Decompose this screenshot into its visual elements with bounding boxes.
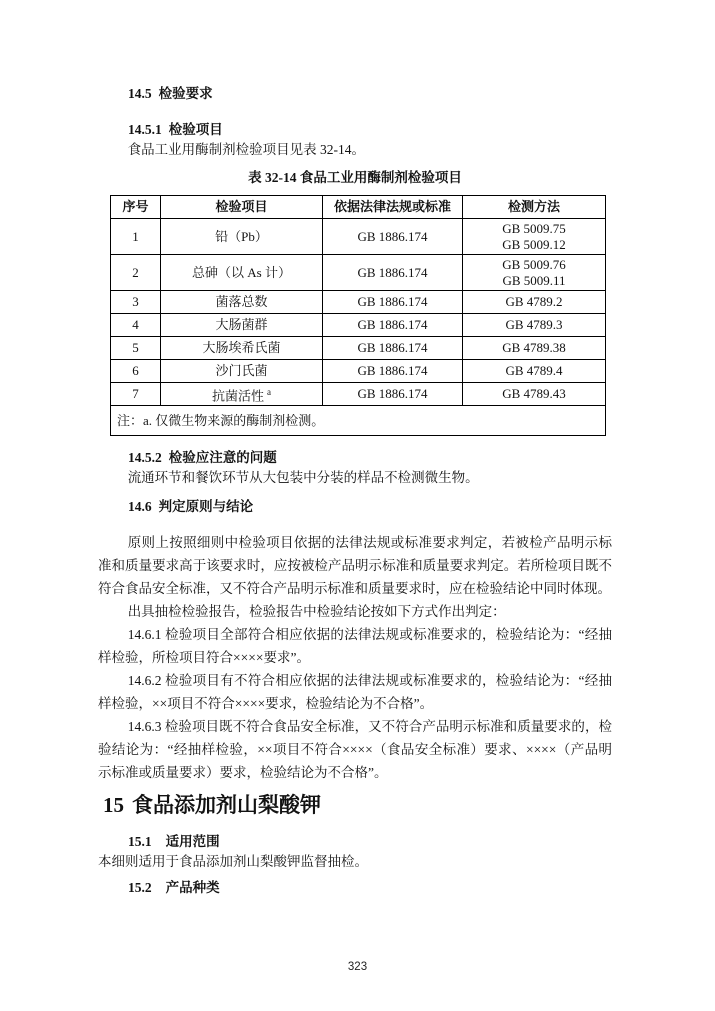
heading-title: 判定原则与结论 xyxy=(159,499,254,514)
table-row: 1 铅（Pb） GB 1886.174 GB 5009.75 GB 5009.1… xyxy=(111,219,606,255)
cell-basis: GB 1886.174 xyxy=(323,291,463,314)
method-line: GB 5009.76 xyxy=(463,257,605,273)
footnote-marker: a xyxy=(267,387,271,397)
chapter-number: 15 xyxy=(103,793,124,817)
heading-15-2: 15.2产品种类 xyxy=(128,879,612,897)
cell-method: GB 4789.38 xyxy=(463,337,606,360)
item-text: 抗菌活性 xyxy=(212,388,264,403)
cell-item: 大肠埃希氏菌 xyxy=(161,337,323,360)
heading-title: 检验应注意的问题 xyxy=(169,450,277,465)
heading-title: 检验要求 xyxy=(159,86,213,101)
cell-basis: GB 1886.174 xyxy=(323,255,463,291)
cell-item: 总砷（以 As 计） xyxy=(161,255,323,291)
cell-no: 5 xyxy=(111,337,161,360)
cell-item: 沙门氏菌 xyxy=(161,360,323,383)
cell-no: 6 xyxy=(111,360,161,383)
inspection-items-table: 序号 检验项目 依据法律法规或标准 检测方法 1 铅（Pb） GB 1886.1… xyxy=(110,195,606,436)
column-header-item: 检验项目 xyxy=(161,196,323,219)
cell-basis: GB 1886.174 xyxy=(323,383,463,406)
method-line: GB 5009.12 xyxy=(463,237,605,253)
page-content: 14.5检验要求 14.5.1检验项目 食品工业用酶制剂检验项目见表 32-14… xyxy=(98,85,612,897)
heading-number: 14.6 xyxy=(128,499,152,514)
heading-title: 产品种类 xyxy=(166,880,220,895)
paragraph-14-6-1: 14.6.1 检验项目全部符合相应依据的法律法规或标准要求的，检验结论为：“经抽… xyxy=(98,623,612,669)
heading-chapter-15: 15食品添加剂山梨酸钾 xyxy=(103,792,612,819)
method-line: GB 5009.75 xyxy=(463,221,605,237)
table-row: 5 大肠埃希氏菌 GB 1886.174 GB 4789.38 xyxy=(111,337,606,360)
cell-basis: GB 1886.174 xyxy=(323,219,463,255)
page-number: 323 xyxy=(0,961,715,973)
heading-number: 14.5 xyxy=(128,86,152,101)
column-header-no: 序号 xyxy=(111,196,161,219)
cell-no: 3 xyxy=(111,291,161,314)
document-page: { "page": { "number": "323" }, "doc": { … xyxy=(0,0,715,1011)
table-row: 7 抗菌活性a GB 1886.174 GB 4789.43 xyxy=(111,383,606,406)
cell-method: GB 4789.43 xyxy=(463,383,606,406)
heading-number: 15.1 xyxy=(128,834,152,849)
table-row: 3 菌落总数 GB 1886.174 GB 4789.2 xyxy=(111,291,606,314)
cell-method: GB 4789.2 xyxy=(463,291,606,314)
cell-item: 大肠菌群 xyxy=(161,314,323,337)
cell-item: 铅（Pb） xyxy=(161,219,323,255)
heading-14-5-2: 14.5.2检验应注意的问题 xyxy=(128,449,612,467)
table-row: 4 大肠菌群 GB 1886.174 GB 4789.3 xyxy=(111,314,606,337)
cell-no: 2 xyxy=(111,255,161,291)
paragraph-14-6-2: 14.6.2 检验项目有不符合相应依据的法律法规或标准要求的，检验结论为：“经抽… xyxy=(98,669,612,715)
cell-method: GB 5009.76 GB 5009.11 xyxy=(463,255,606,291)
column-header-method: 检测方法 xyxy=(463,196,606,219)
heading-14-5: 14.5检验要求 xyxy=(128,85,612,103)
table-header-row: 序号 检验项目 依据法律法规或标准 检测方法 xyxy=(111,196,606,219)
heading-14-6: 14.6判定原则与结论 xyxy=(128,498,612,516)
method-line: GB 5009.11 xyxy=(463,273,605,289)
cell-item: 抗菌活性a xyxy=(161,383,323,406)
table-row: 2 总砷（以 As 计） GB 1886.174 GB 5009.76 GB 5… xyxy=(111,255,606,291)
paragraph-judgment-principle: 原则上按照细则中检验项目依据的法律法规或标准要求判定，若被检产品明示标准和质量要… xyxy=(98,531,612,600)
heading-number: 15.2 xyxy=(128,880,152,895)
paragraph-14-6-3: 14.6.3 检验项目既不符合食品安全标准，又不符合产品明示标准和质量要求的，检… xyxy=(98,715,612,784)
cell-item: 菌落总数 xyxy=(161,291,323,314)
heading-title: 适用范围 xyxy=(166,834,220,849)
cell-no: 4 xyxy=(111,314,161,337)
cell-method: GB 4789.4 xyxy=(463,360,606,383)
table-row: 6 沙门氏菌 GB 1886.174 GB 4789.4 xyxy=(111,360,606,383)
paragraph-15-1: 本细则适用于食品添加剂山梨酸钾监督抽检。 xyxy=(98,851,612,872)
paragraph-14-5-1: 食品工业用酶制剂检验项目见表 32-14。 xyxy=(98,139,612,160)
cell-basis: GB 1886.174 xyxy=(323,360,463,383)
heading-number: 14.5.2 xyxy=(128,450,162,465)
cell-method: GB 5009.75 GB 5009.12 xyxy=(463,219,606,255)
heading-number: 14.5.1 xyxy=(128,122,162,137)
cell-method: GB 4789.3 xyxy=(463,314,606,337)
chapter-title: 食品添加剂山梨酸钾 xyxy=(132,794,321,817)
heading-title: 检验项目 xyxy=(169,122,223,137)
cell-basis: GB 1886.174 xyxy=(323,314,463,337)
table-note-row: 注：a. 仅微生物来源的酶制剂检测。 xyxy=(111,406,606,436)
column-header-basis: 依据法律法规或标准 xyxy=(323,196,463,219)
heading-14-5-1: 14.5.1检验项目 xyxy=(128,121,612,139)
cell-no: 1 xyxy=(111,219,161,255)
table-note: 注：a. 仅微生物来源的酶制剂检测。 xyxy=(111,406,606,436)
table-caption: 表 32-14 食品工业用酶制剂检验项目 xyxy=(98,169,612,187)
paragraph-14-5-2: 流通环节和餐饮环节从大包装中分装的样品不检测微生物。 xyxy=(98,467,612,488)
cell-basis: GB 1886.174 xyxy=(323,337,463,360)
paragraph-report-intro: 出具抽检检验报告，检验报告中检验结论按如下方式作出判定： xyxy=(98,600,612,623)
heading-15-1: 15.1适用范围 xyxy=(128,833,612,851)
cell-no: 7 xyxy=(111,383,161,406)
